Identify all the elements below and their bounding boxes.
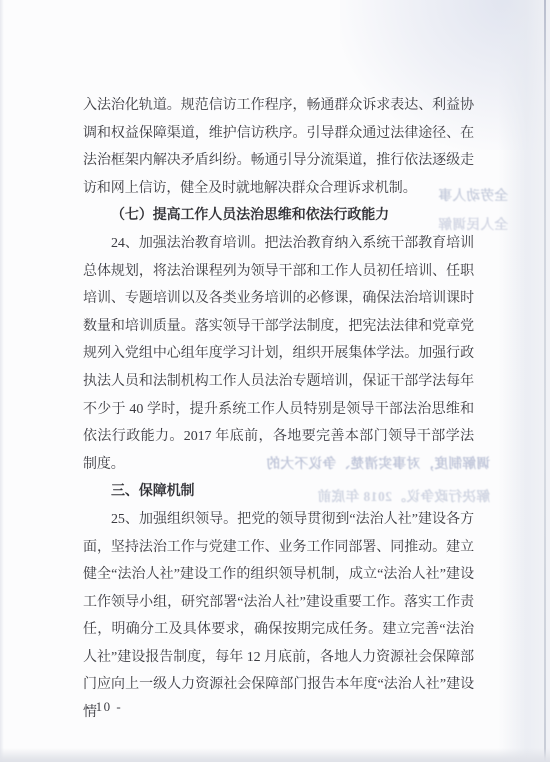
document-text-block: 入法治化轨道。规范信访工作程序，畅通群众诉求表达、利益协调和权益保障渠道，维护信… <box>83 92 474 727</box>
heading-section-7: （七）提高工作人员法治思维和依法行政能力 <box>83 202 474 230</box>
paragraph-item-25: 25、加强组织领导。把党的领导贯彻到“法治人社”建设各方面，坚持法治工作与党建工… <box>83 506 474 727</box>
scan-right-margin-shadow <box>498 0 550 762</box>
scan-left-edge-shadow <box>0 0 4 762</box>
heading-section-3-safeguard-mechanism: 三、保障机制 <box>83 478 474 506</box>
scanned-document-page: 全劳动人事 全人民调解 调解制度，对事实清楚、争议不大的 解决行政争议。2018… <box>0 0 550 762</box>
page-edge-line <box>544 0 546 762</box>
page-number: - 10 - <box>85 699 122 715</box>
scan-bottom-edge-shadow <box>0 748 550 762</box>
paragraph-item-24: 24、加强法治教育培训。把法治教育纳入系统干部教育培训总体规划，将法治课程列为领… <box>83 230 474 478</box>
paragraph-continuation: 入法治化轨道。规范信访工作程序，畅通群众诉求表达、利益协调和权益保障渠道，维护信… <box>83 92 474 202</box>
